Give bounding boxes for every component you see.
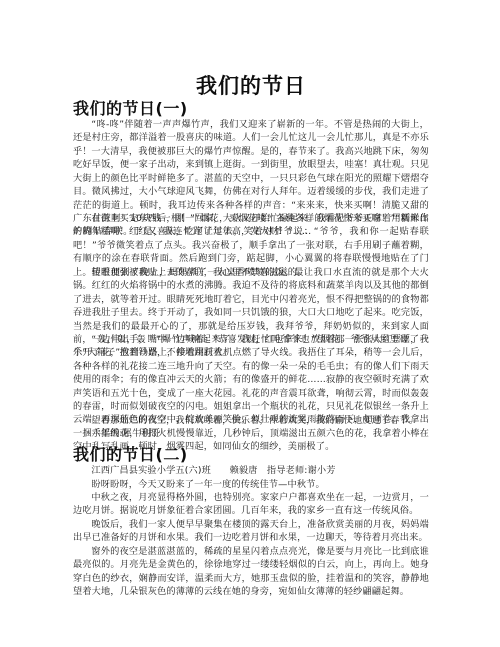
section-heading-2: 我们的节日(二) — [73, 442, 188, 465]
paragraph: 中秋之夜，月亮显得格外圆，也特别亮。家家户户都喜欢坐在一起，一边赏月，一边吃月饼… — [73, 491, 429, 518]
paragraph: 盼呀盼呀，今天又盼来了一年一度的传统佳节—中秋节。 — [73, 478, 429, 491]
paragraph: 晚饭后，我们一家人便早早聚集在楼顶的露天台上，准备欣赏美丽的月夜，妈妈端出早已准… — [73, 518, 429, 545]
byline: 江西广昌县实验小学五(六)班 赖毅唐 指导老师:谢小芳 — [73, 464, 429, 477]
author-line: 六年级:犀牛利哥 — [73, 427, 429, 440]
section-heading-1: 我们的节日(一) — [73, 96, 188, 119]
paragraph: 望着那灿烂的夜空，我们欢呼着，快乐着，伴着欢笑，我们愉快地度过了春节。 — [73, 414, 429, 427]
paragraph: 窗外的夜空是湛蓝湛蓝的，稀疏的星星闪着点点亮光，像是要与月亮比一比到底谁最亮似的… — [73, 545, 429, 599]
